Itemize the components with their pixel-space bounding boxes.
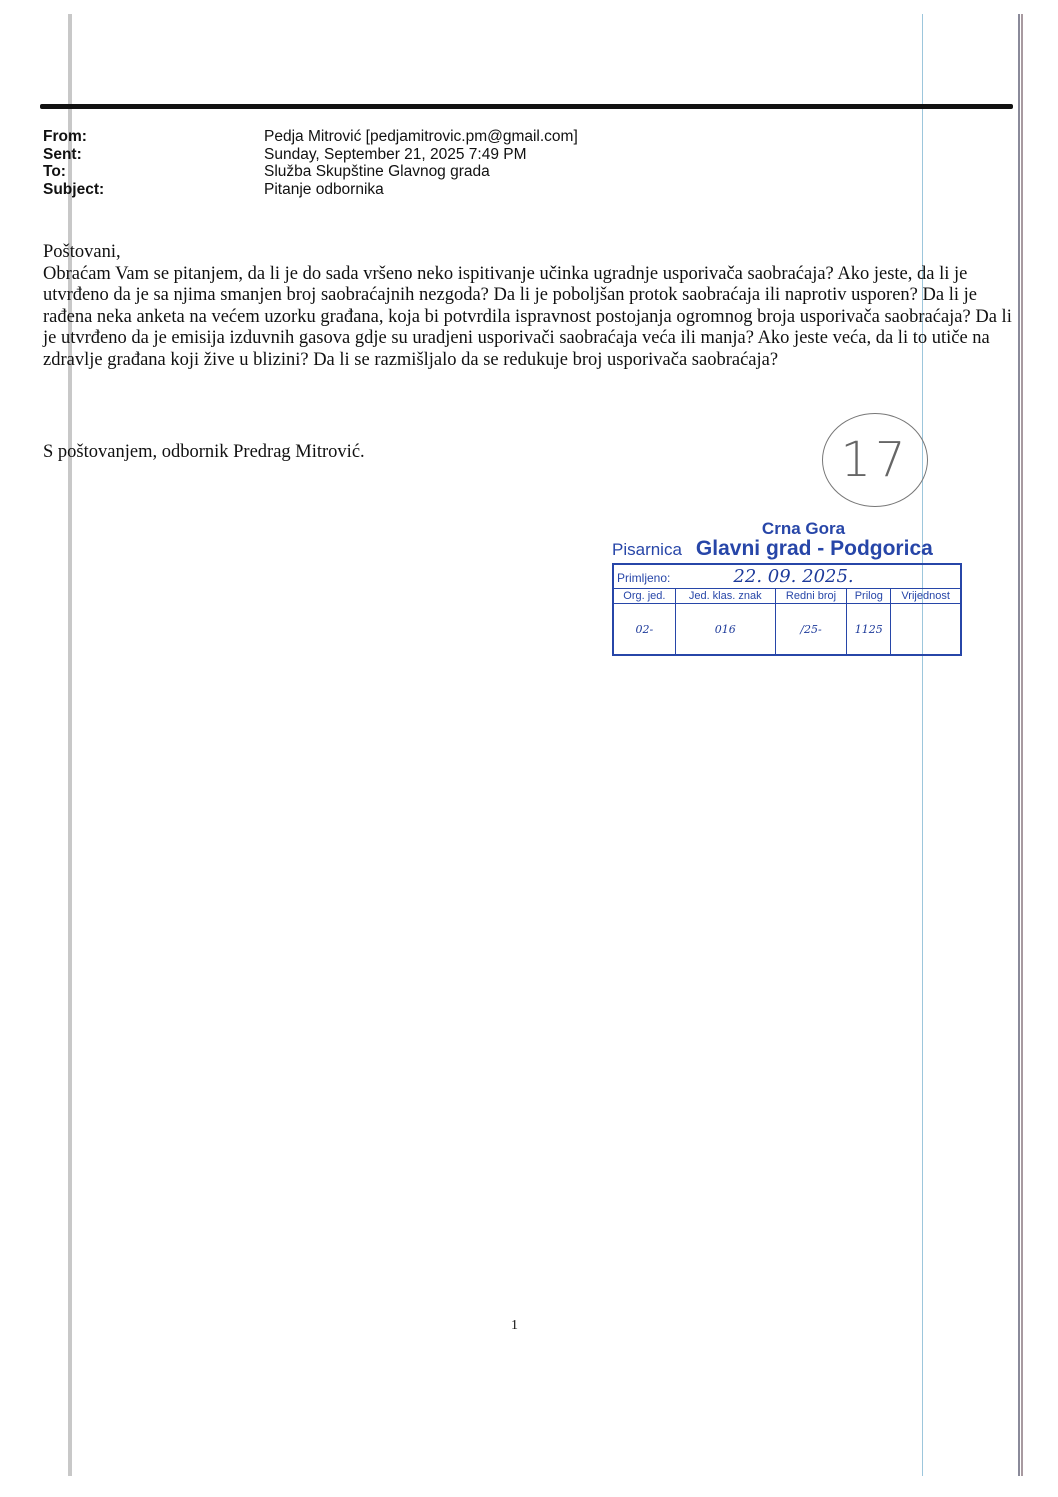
received-date: 22. 09. 2025. xyxy=(733,566,853,587)
stamp-office: Pisarnica xyxy=(612,540,682,560)
to-label: To: xyxy=(43,163,264,181)
handwritten-page-number: 17 xyxy=(822,413,928,507)
email-body: Poštovani, Obraćam Vam se pitanjem, da l… xyxy=(43,242,1018,371)
header-divider xyxy=(40,104,1013,109)
signature: S poštovanjem, odbornik Predrag Mitrović… xyxy=(43,442,365,463)
col-redni-broj: Redni broj xyxy=(775,589,847,604)
to-value: Služba Skupštine Glavnog grada xyxy=(264,163,490,181)
stamp-values: 02- 016 /25- 1125 xyxy=(613,604,961,656)
subject-row: Subject: Pitanje odbornika xyxy=(43,181,578,199)
value-org-jed: 02- xyxy=(613,604,675,656)
col-jed-klas-znak: Jed. klas. znak xyxy=(675,589,775,604)
from-row: From: Pedja Mitrović [pedjamitrovic.pm@g… xyxy=(43,128,578,146)
col-vrijednost: Vrijednost xyxy=(891,589,961,604)
received-label: Primljeno: xyxy=(617,571,670,585)
received-row: Primljeno: 22. 09. 2025. xyxy=(613,564,961,589)
from-value: Pedja Mitrović [pedjamitrovic.pm@gmail.c… xyxy=(264,128,578,146)
value-jed-klas-znak: 016 xyxy=(675,604,775,656)
subject-label: Subject: xyxy=(43,181,264,199)
page-number: 1 xyxy=(511,1318,518,1334)
scan-artifact-right-2 xyxy=(1021,14,1023,1476)
col-prilog: Prilog xyxy=(847,589,891,604)
sent-label: Sent: xyxy=(43,146,264,164)
value-redni-broj: /25- xyxy=(775,604,847,656)
stamp-column-headers: Org. jed. Jed. klas. znak Redni broj Pri… xyxy=(613,589,961,604)
stamp-table: Primljeno: 22. 09. 2025. Org. jed. Jed. … xyxy=(612,563,962,656)
scan-artifact-blue xyxy=(922,14,923,1476)
to-row: To: Služba Skupštine Glavnog grada xyxy=(43,163,578,181)
scan-artifact-left xyxy=(68,14,72,1476)
registry-stamp: Crna Gora Pisarnica Glavni grad - Podgor… xyxy=(612,520,965,656)
col-org-jed: Org. jed. xyxy=(613,589,675,604)
value-prilog: 1125 xyxy=(847,604,891,656)
sent-row: Sent: Sunday, September 21, 2025 7:49 PM xyxy=(43,146,578,164)
sent-value: Sunday, September 21, 2025 7:49 PM xyxy=(264,146,527,164)
value-vrijednost xyxy=(891,604,961,656)
subject-value: Pitanje odbornika xyxy=(264,181,384,199)
email-header: From: Pedja Mitrović [pedjamitrovic.pm@g… xyxy=(43,128,578,198)
from-label: From: xyxy=(43,128,264,146)
stamp-country: Crna Gora xyxy=(642,520,965,537)
body-paragraph: Obraćam Vam se pitanjem, da li je do sad… xyxy=(43,264,1018,372)
stamp-title: Pisarnica Glavni grad - Podgorica xyxy=(612,537,965,561)
stamp-city: Glavni grad - Podgorica xyxy=(696,537,933,561)
greeting: Poštovani, xyxy=(43,242,1018,264)
scan-artifact-right xyxy=(1018,14,1020,1476)
